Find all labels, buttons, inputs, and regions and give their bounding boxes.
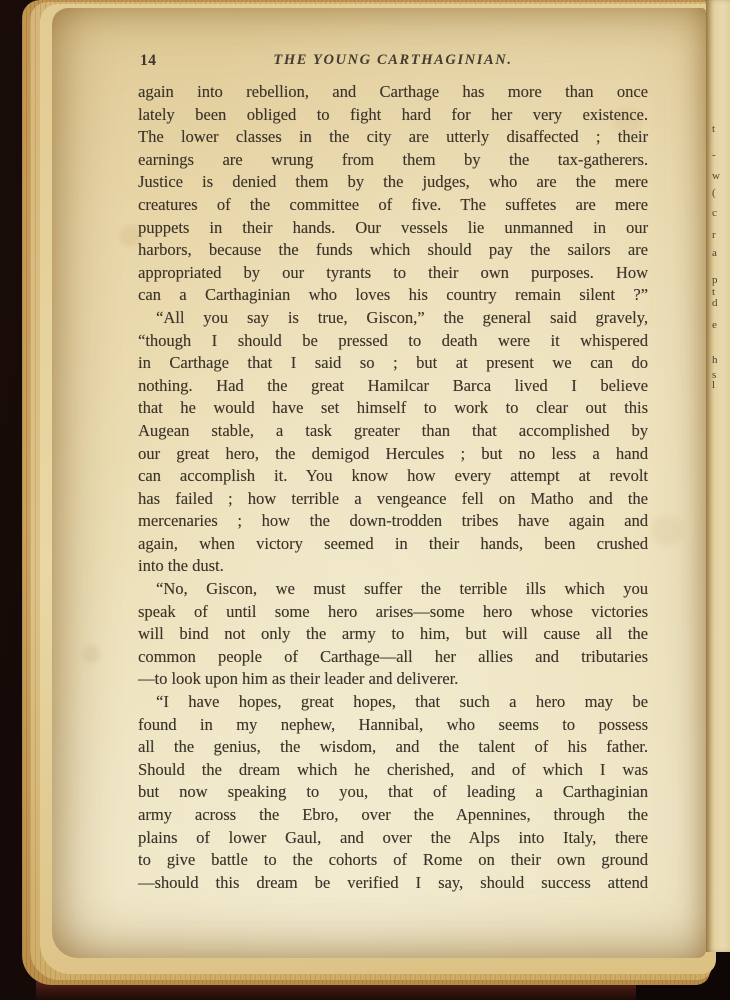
text-line: “I have hopes, great hopes, that such a … [138,691,648,714]
text-line: earnings are wrung from them by the tax-… [138,149,648,172]
text-line: found in my nephew, Hannibal, who seems … [138,714,648,737]
page-edge-text-fragment: - [712,150,716,161]
text-line: will bind not only the army to him, but … [138,623,648,646]
text-line: Should the dream which he cherished, and… [138,759,648,782]
text-line: “All you say is true, Giscon,” the gener… [138,307,648,330]
text-line: but now speaking to you, that of leading… [138,781,648,804]
text-line: army across the Ebro, over the Apennines… [138,804,648,827]
text-line: appropriated by our tyrants to their own… [138,262,648,285]
text-line: all the genius, the wisdom, and the tale… [138,736,648,759]
page-edge-text-fragment: ( [712,188,716,199]
page-edge-text-fragment: h [712,355,718,366]
page-edge-text-fragment: a [712,248,717,259]
text-line: The lower classes in the city are utterl… [138,126,648,149]
body-text: again into rebellion, and Carthage has m… [138,81,648,894]
text-line: harbors, because the funds which should … [138,239,648,262]
text-line: speak of until some hero arises—some her… [138,601,648,624]
text-line: “though I should be pressed to death wer… [138,330,648,353]
text-line: mercenaries ; how the down-trodden tribe… [138,510,648,533]
text-line: into the dust. [138,555,648,578]
text-line: can accomplish it. You know how every at… [138,465,648,488]
text-line: again, when victory seemed in their hand… [138,533,648,556]
text-line: Justice is denied them by the judges, wh… [138,171,648,194]
text-line: creatures of the committee of five. The … [138,194,648,217]
text-line: —to look upon him as their leader and de… [138,668,648,691]
page-edge-text-fragment: e [712,320,717,331]
text-line: nothing. Had the great Hamilcar Barca li… [138,375,648,398]
book-photo: t-w(craptdehsl 14 THE YOUNG CARTHAGINIAN… [0,0,730,1000]
text-line: plains of lower Gaul, and over the Alps … [138,827,648,850]
facing-page-sliver: t-w(craptdehsl [706,0,730,952]
text-line: puppets in their hands. Our vessels lie … [138,217,648,240]
page-edge-text-fragment: r [712,230,716,241]
text-line: lately been obliged to fight hard for he… [138,104,648,127]
running-header: THE YOUNG CARTHAGINIAN. [138,52,648,69]
page-header-row: 14 THE YOUNG CARTHAGINIAN. [138,52,648,74]
text-line: again into rebellion, and Carthage has m… [138,81,648,104]
page-edge-text-fragment: p [712,275,718,286]
text-line: to give battle to the cohorts of Rome on… [138,849,648,872]
text-line: can a Carthaginian who loves his country… [138,284,648,307]
page-edge-text-fragment: w [712,171,720,182]
text-line: Augean stable, a task greater than that … [138,420,648,443]
page-edge-text-fragment: t [712,124,715,135]
page-edge-text-fragment: l [712,380,715,391]
text-line: in Carthage that I said so ; but at pres… [138,352,648,375]
text-line: our great hero, the demigod Hercules ; b… [138,443,648,466]
page-edge-text-fragment: d [712,298,718,309]
page-edge-text-fragment: c [712,208,717,219]
text-line: “No, Giscon, we must suffer the terrible… [138,578,648,601]
text-line: common people of Carthage—all her allies… [138,646,648,669]
book-page: 14 THE YOUNG CARTHAGINIAN. again into re… [52,8,706,958]
text-line: that he would have set himself to work t… [138,397,648,420]
text-line: has failed ; how terrible a vengeance fe… [138,488,648,511]
text-line: —should this dream be verified I say, sh… [138,872,648,895]
